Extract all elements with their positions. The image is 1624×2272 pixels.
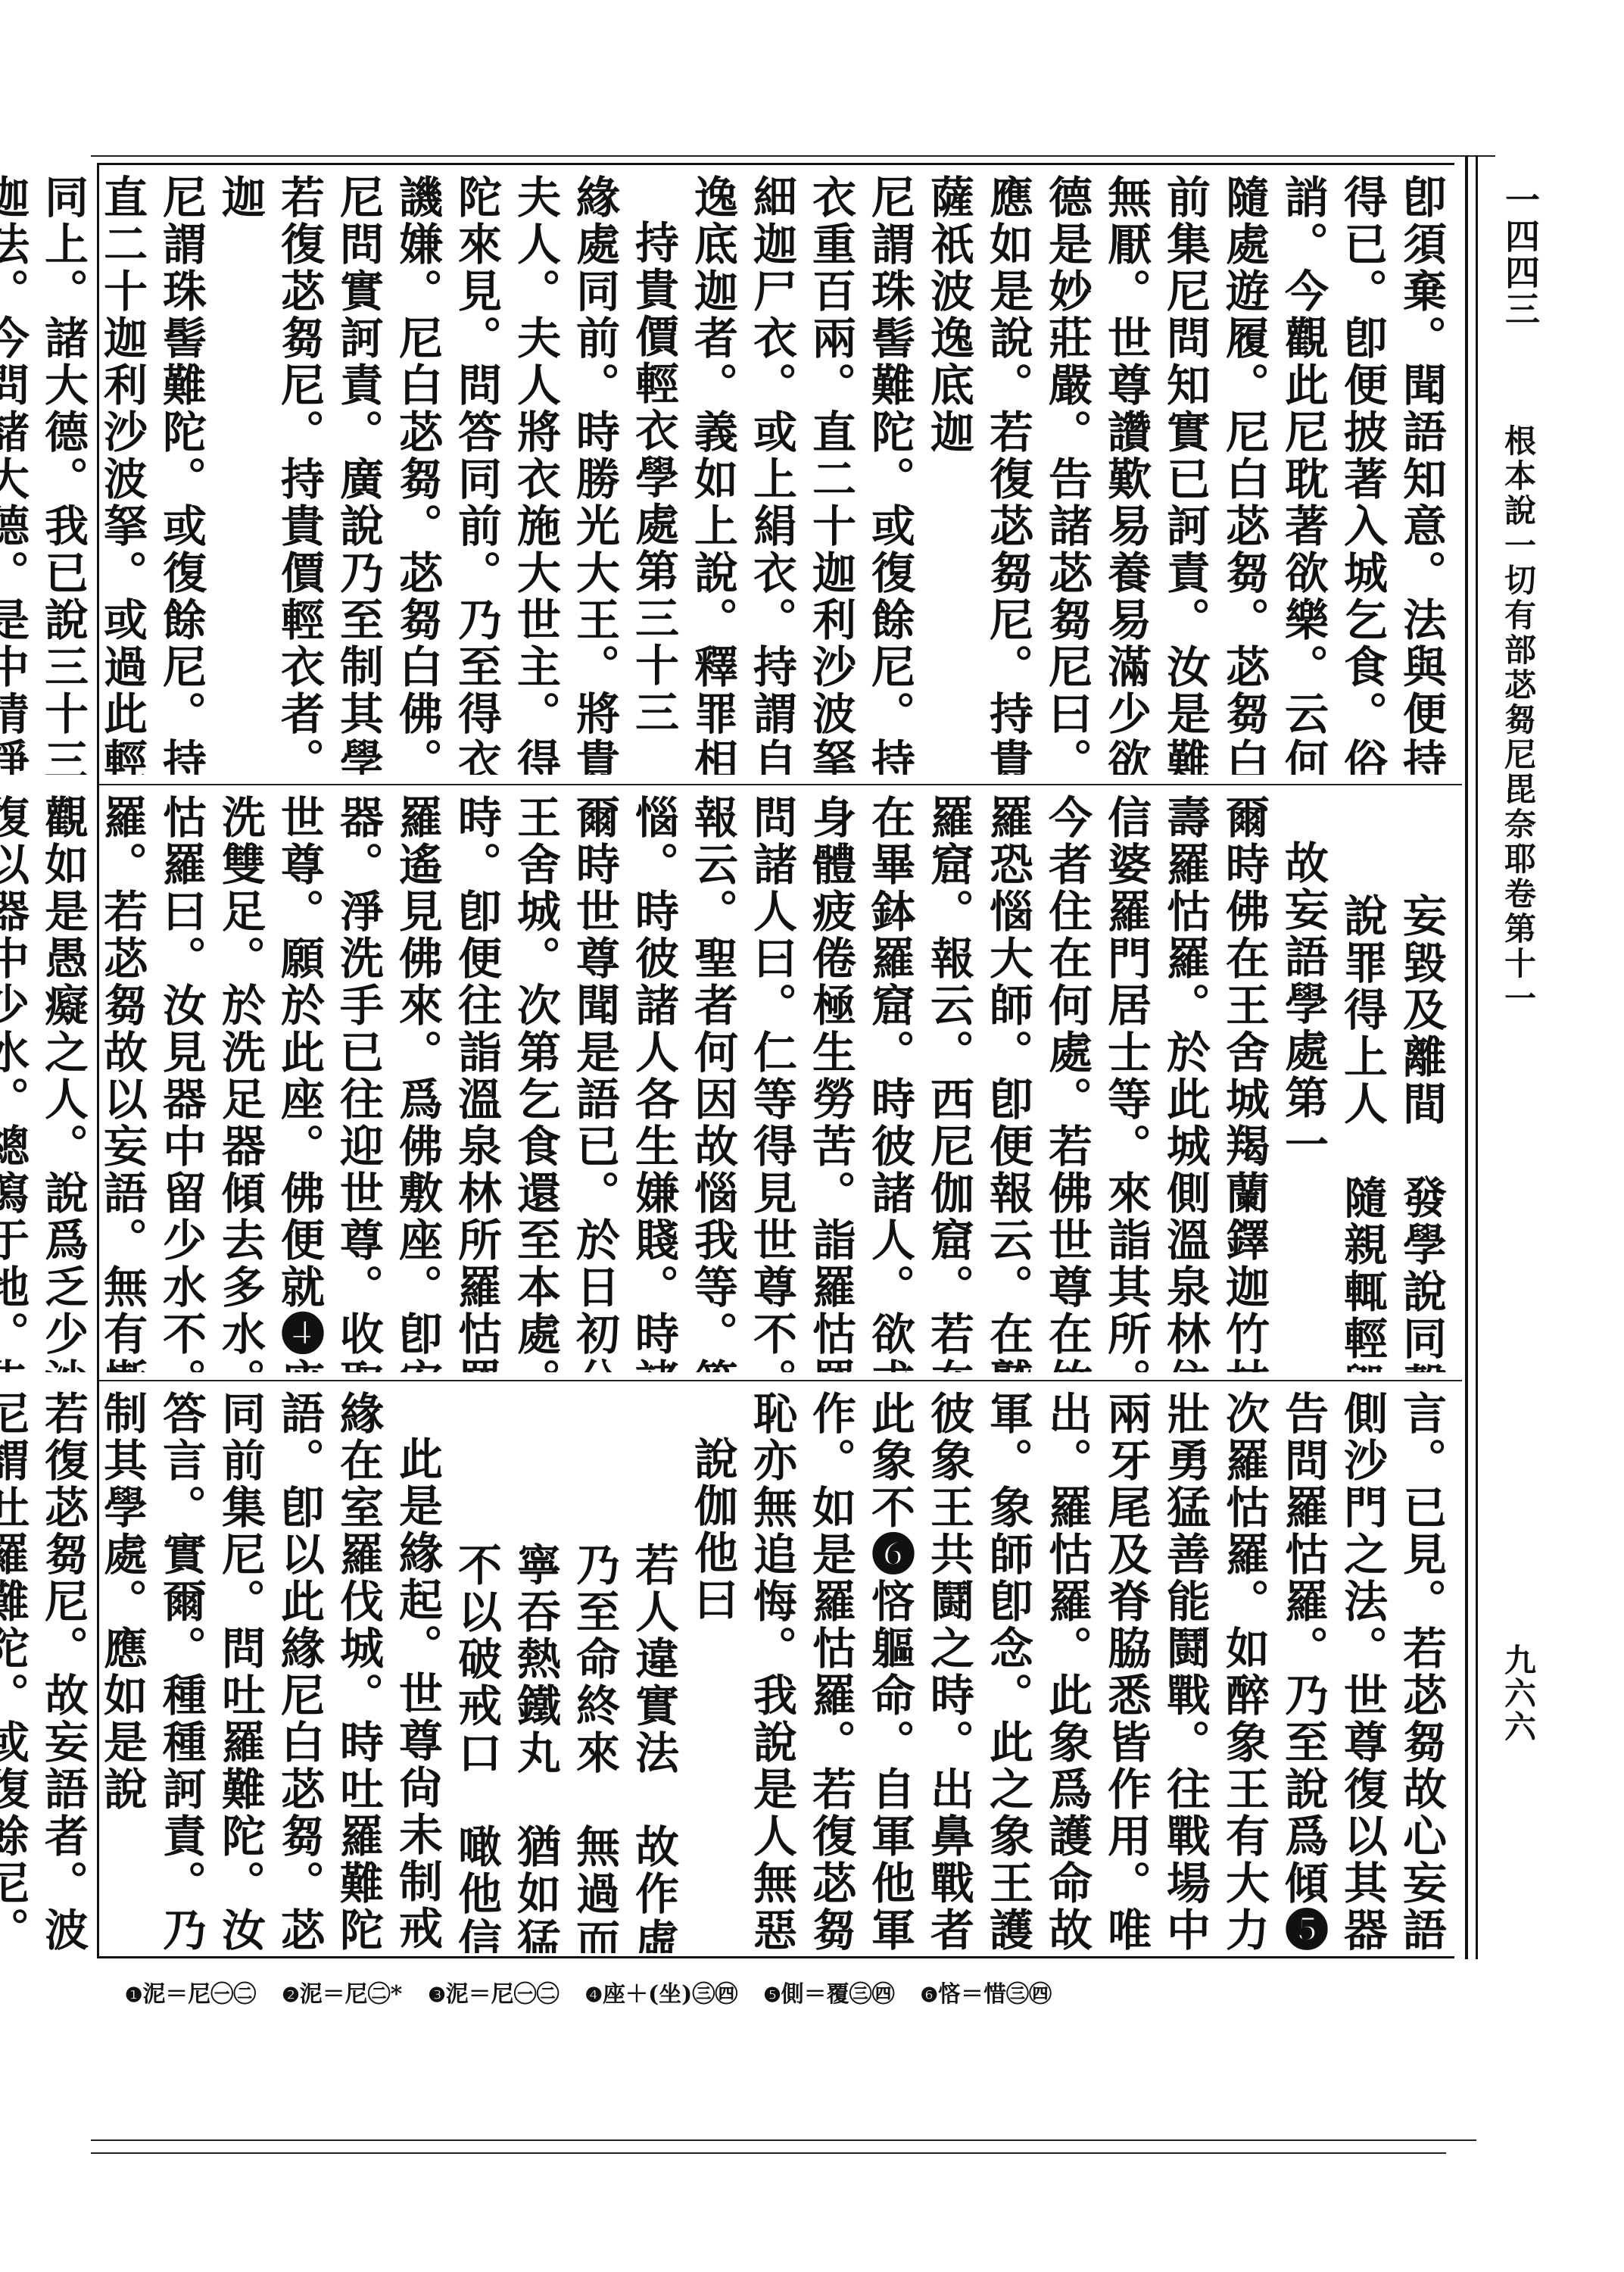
text-column: 薩祇波逸底迦 <box>919 174 978 775</box>
footnote-text: 泥＝尼㊁* <box>300 1981 403 2008</box>
top-outer-rule <box>91 155 1495 157</box>
text-column: 不以破戒口 噉他信心食 <box>447 1390 506 1953</box>
text-column: 信婆羅門居士等。來詣其所。問言。大德。世尊 <box>1096 794 1155 1372</box>
text-column: 言。已見。若苾芻故心妄語。廣說乃至。說爲傾 <box>1392 1390 1451 1953</box>
text-column: 恥亦無追悔。我說是人無惡不造。爾時世尊 <box>742 1390 801 1953</box>
text-column: 緣在室羅伐城。時吐羅難陀苾芻尼。故心妄 <box>329 1390 388 1953</box>
text-column: 此象不❻悋軀命。自軍他軍遇便殘害。無惡不 <box>860 1390 919 1953</box>
bottom-register: 言。已見。若苾芻故心妄語。廣說乃至。說爲傾側沙門之法。世尊復以其器覆之于地。同前… <box>99 1380 1462 1953</box>
footnote: ❹座＋(坐)㊂㊃ <box>585 1975 738 2008</box>
text-column: 出。羅怙羅。此象爲護命故不用其鼻以摧彼 <box>1037 1390 1096 1953</box>
footnote-text: 座＋(坐)㊂㊃ <box>603 1981 737 2008</box>
footnote-text: 悋＝惜㊂㊃ <box>938 1981 1052 2008</box>
text-column: 卽須棄。聞語知意。法與便持與珠髻尼。彼旣 <box>1392 174 1451 775</box>
running-title: 根本說一切有部苾芻尼毘奈耶卷第十一 <box>1495 424 1541 1016</box>
text-column: 在畢鉢羅窟。時彼諸人。欲求禮佛不能得見。 <box>860 794 919 1372</box>
text-column: 緣處同前。時勝光大王。將貴價輕衣。與勝鬘 <box>565 174 624 775</box>
text-column: 制其學處。應如是說 <box>92 1390 151 1953</box>
text-column: 逸底迦者。義如上說。釋罪相等亦同上說 <box>683 174 742 775</box>
text-column: 王舍城。次第乞食還至本處。飯食訖。於食後 <box>506 794 565 1372</box>
text-column: 次羅怙羅。如醉象王有大力勢牙如車軸。肥 <box>1214 1390 1273 1953</box>
text-column: 細迦尸衣。或上絹衣。持謂自受。❷泥薩祇波 <box>742 174 801 775</box>
text-column: 羅。若苾芻故以妄語。無有慚恥亦無追悔。我 <box>92 794 151 1372</box>
text-columns: 妄毀及離間 發學說同聲說罪得上人 隨親輒輕毀故妄語學處第一爾時佛在王舍城羯蘭鐸迦… <box>0 794 1451 1372</box>
text-column: 同前集尼。問吐羅難陀。汝實如是故心妄語。 <box>210 1390 270 1953</box>
text-column: 衣重百兩。直二十迦利沙波拏。或過此衣。謂 <box>801 174 860 775</box>
text-column: 今者住在何處。若佛世尊在竹林中。時羅怙 <box>1037 794 1096 1372</box>
footnote: ❸泥＝尼㊀㊁ <box>428 1975 559 2008</box>
text-column: 世尊。願於此座。佛便就❹座已。卽取瓶水自 <box>270 794 329 1372</box>
text-column: 迦 <box>210 174 270 775</box>
text-column: 壽羅怙羅。於此城側溫泉林住。時有衆多敬 <box>1155 794 1214 1372</box>
text-column: 羅恐惱大師。卽便報云。在鷲峯山。若在畢鉢 <box>978 794 1037 1372</box>
footnote: ❶泥＝尼㊀㊁ <box>125 1975 256 2008</box>
text-column: 得已。卽便披著入城乞食。俗旅見已咸皆譏 <box>1333 174 1392 775</box>
text-column: 兩牙尾及脊脇悉皆作用。唯有其鼻卷而不 <box>1096 1390 1155 1953</box>
text-column: 怙羅曰。汝見器中留少水不。白言。我見。羅怙 <box>151 794 210 1372</box>
footnote-marker: ❸ <box>428 1984 445 2007</box>
text-column: 復以器中少水。總瀉于地。告羅怙羅曰。汝見 <box>0 794 33 1372</box>
text-column: 洗雙足。於洗足器傾去多水。餘留少許。告羅 <box>210 794 270 1372</box>
bottom-rule <box>91 2139 1476 2141</box>
text-column: 若復苾芻尼。持貴價輕衣者。*泥薩祇波逸底 <box>270 174 329 775</box>
bottom-rule <box>91 2152 1446 2154</box>
text-column: 同上。諸大德。我已說三十三❸泥薩祇波逸底 <box>33 174 92 775</box>
text-columns: 卽須棄。聞語知意。法與便持與珠髻尼。彼旣得已。卽便披著入城乞食。俗旅見已咸皆譏誚… <box>0 174 1451 775</box>
text-column: 問諸人曰。仁等得見世尊不。答言。不見。諸人 <box>742 794 801 1372</box>
text-column: 羅遙見佛來。爲佛敷座。卽安置瓶水幷洗足 <box>388 794 447 1372</box>
text-column: 寧吞熱鐵丸 猶如猛火焰 <box>506 1390 565 1953</box>
footnote-marker: ❷ <box>282 1984 299 2007</box>
text-column: 尼謂珠髻難陀。或復餘尼。持貴價輕衣者。貴 <box>151 174 210 775</box>
footnote: ❺側＝覆㊂㊃ <box>763 1975 894 2008</box>
text-column: 爾時世尊聞是語已。於日初分執持衣鉢入 <box>565 794 624 1372</box>
text-column: 隨處遊履。尼白苾芻。苾芻白佛。佛以此緣。同 <box>1214 174 1273 775</box>
text-column: 迦法。今問諸大德。是中清淨不（三說）如是 <box>0 174 33 775</box>
text-column: 答言。實爾。種種訶責。乃至我今爲二部弟子 <box>151 1390 210 1953</box>
right-double-rule <box>1465 155 1478 1959</box>
text-column: 譏嫌。尼白苾芻。苾芻白佛。佛以此緣。同前集 <box>388 174 447 775</box>
text-column: 此是緣起。世尊尙未制戒 <box>388 1390 447 1953</box>
text-column: 告問羅怙羅。乃至說爲傾❺側沙門之法。復 <box>1273 1390 1333 1953</box>
text-column: 若人違實法 故作虛誑語 <box>624 1390 683 1953</box>
text-column: 作。如是羅怙羅。若復苾芻故心妄語。無有慚 <box>801 1390 860 1953</box>
middle-register: 妄毀及離間 發學說同聲說罪得上人 隨親輒輕毀故妄語學處第一爾時佛在王舍城羯蘭鐸迦… <box>99 784 1462 1372</box>
footnote-marker: ❺ <box>763 1984 781 2007</box>
text-column: 夫人。夫人將衣施大世主。得安架上。珠髻難 <box>506 174 565 775</box>
text-column: 報云。聖者何因故惱我等。答言。實爾。我故相 <box>683 794 742 1372</box>
text-column: 陀來見。問答同前。乃至得衣而行乞食。俗旅 <box>447 174 506 775</box>
text-column: 語。卽以此緣尼白苾芻。苾芻白佛。佛以此緣 <box>270 1390 329 1953</box>
footnote-text: 泥＝尼㊀㊁ <box>446 1981 560 2008</box>
text-column: 前集尼問知實已訶責。汝是難養難滿多欲 <box>1155 174 1214 775</box>
text-column: 觀如是愚癡之人。說爲乏少沙門之法。世尊 <box>33 794 92 1372</box>
footnote-text: 泥＝尼㊀㊁ <box>142 1981 256 2008</box>
footnote-text: 側＝覆㊂㊃ <box>781 1981 895 2008</box>
text-column: 尼問實訶責。廣說乃至制其學處。應如是說」 <box>329 174 388 775</box>
text-column: 說伽他曰 <box>683 1390 742 1953</box>
text-column: 軍。象師卽念。此之象王護惜身命。羅怙羅若 <box>978 1390 1037 1953</box>
top-register: 卽須棄。聞語知意。法與便持與珠髻尼。彼旣得已。卽便披著入城乞食。俗旅見已咸皆譏誚… <box>99 165 1462 775</box>
text-column: 德是妙莊嚴。告諸苾芻尼曰。我今制其學處。 <box>1037 174 1096 775</box>
footnote-marker: ❻ <box>921 1984 938 2007</box>
text-column: 羅窟。報云。西尼伽窟。若在西尼伽窟。報云。 <box>919 794 978 1372</box>
text-column: 壯勇猛善能鬪戰。往戰場中共他戰時。四足 <box>1155 1390 1214 1953</box>
text-column: 尼謂吐羅難陀。或復餘尼。故者。謂是故心知 <box>0 1390 33 1953</box>
text-column: 器。淨洗手已往迎世尊。收取上衣白言。善來 <box>329 794 388 1372</box>
footnote: ❻悋＝惜㊂㊃ <box>921 1975 1052 2008</box>
text-column: 說罪得上人 隨親輒輕毀 <box>1333 794 1392 1372</box>
text-column: 無厭。世尊讚歎易養易滿少欲知足杜多功 <box>1096 174 1155 775</box>
text-column: 妄毀及離間 發學說同聲 <box>1392 794 1451 1372</box>
text-column: 乃至命終來 無過而不造 <box>565 1390 624 1953</box>
text-column: 持貴價輕衣學處第三十三 <box>624 174 683 775</box>
text-column: 誚。今觀此尼耽著欲樂。云何著此王上服衣。 <box>1273 174 1333 775</box>
text-column: 若復苾芻尼。故妄語者。波逸底迦 <box>33 1390 92 1953</box>
footnote: ❷泥＝尼㊁* <box>282 1975 402 2008</box>
text-column: 彼象王共鬪之時。出鼻戰者。是時象師卽知 <box>919 1390 978 1953</box>
text-column: 側沙門之法。世尊復以其器覆之于地。同前 <box>1333 1390 1392 1953</box>
footnote-line: ❶泥＝尼㊀㊁❷泥＝尼㊁*❸泥＝尼㊀㊁❹座＋(坐)㊂㊃❺側＝覆㊂㊃❻悋＝惜㊂㊃ <box>125 1975 1052 2008</box>
text-column: 故妄語學處第一 <box>1273 794 1333 1372</box>
page-number-top: 一四四三 <box>1495 182 1545 327</box>
text-column: 直二十迦利沙波拏。或過此輕有五兩。餘義 <box>92 174 151 775</box>
text-column: 惱。時彼諸人各生嫌賤。時諸苾芻以緣白佛。 <box>624 794 683 1372</box>
text-column: 身體疲倦極生勞苦。詣羅怙羅處。時羅怙羅 <box>801 794 860 1372</box>
text-column: 時。卽便往詣溫泉林所羅怙羅住處。時羅怙 <box>447 794 506 1372</box>
text-column: 爾時佛在王舍城羯蘭鐸迦竹林園中。時具 <box>1214 794 1273 1372</box>
text-column: 尼謂珠髻難陀。或復餘尼。持貴價重衣者。謂 <box>860 174 919 775</box>
text-column: 應如是說。若復苾芻尼。持貴價重衣者。❶泥 <box>978 174 1037 775</box>
volume-page-number: 九六六 <box>1495 1643 1541 1743</box>
footnote-marker: ❶ <box>125 1984 142 2007</box>
footnote-marker: ❹ <box>585 1984 603 2007</box>
text-columns: 言。已見。若苾芻故心妄語。廣說乃至。說爲傾側沙門之法。世尊復以其器覆之于地。同前… <box>0 1390 1451 1953</box>
